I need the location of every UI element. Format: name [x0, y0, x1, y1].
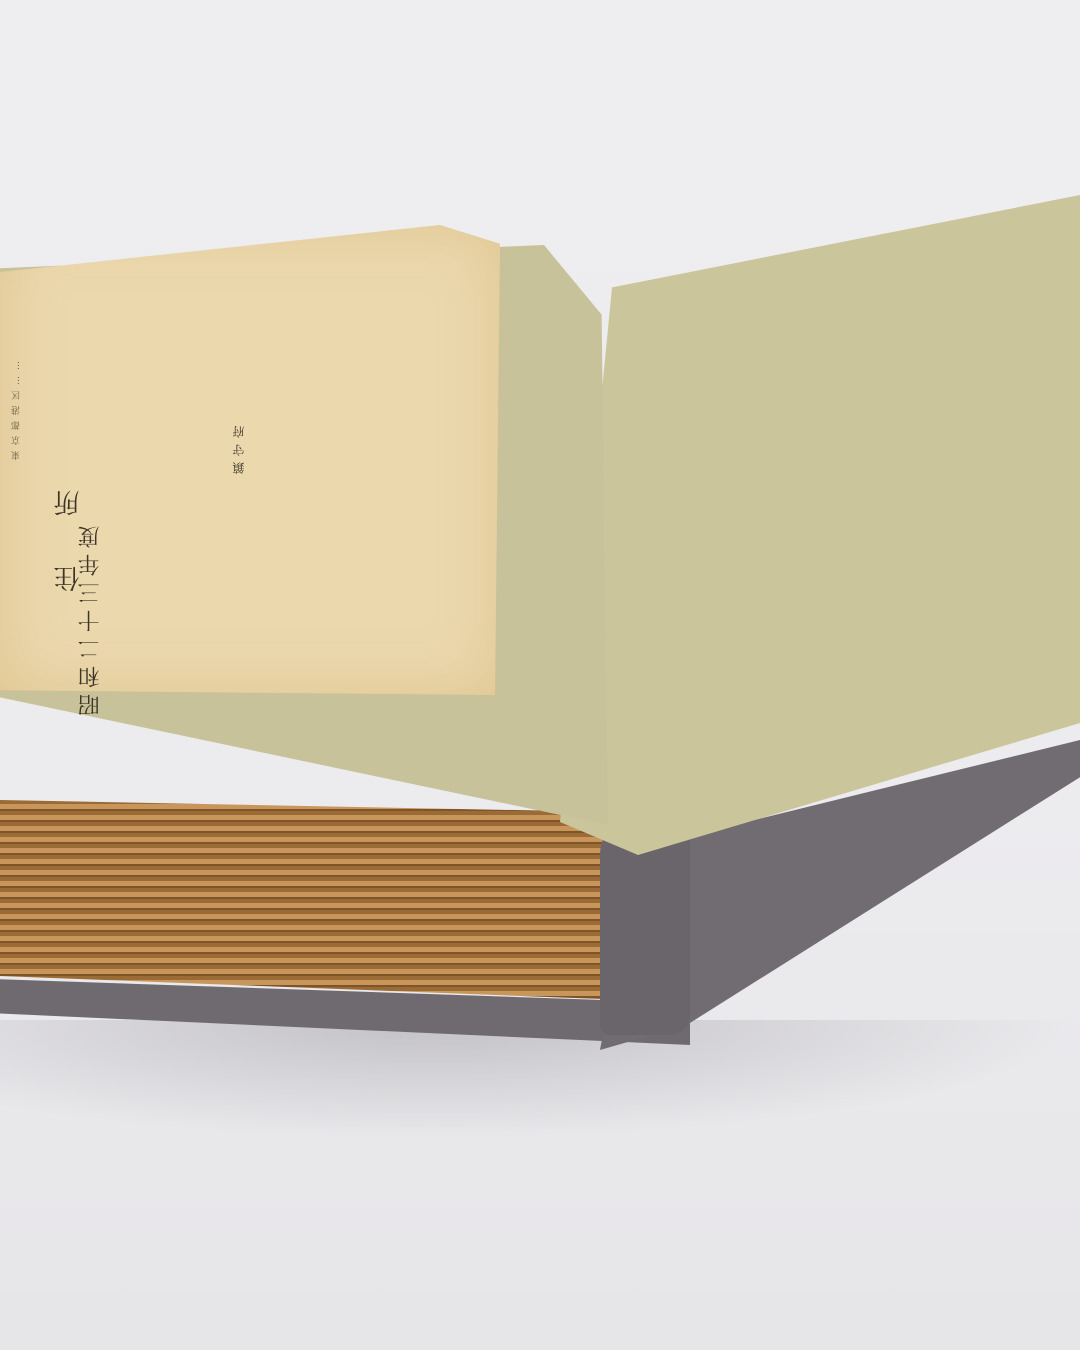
- leaf-heading: 住所: [50, 440, 87, 592]
- page-block-edges: [0, 800, 640, 1000]
- photo-scene: 昭和二十三年度 住所 鎮守府 東京都港区……: [0, 0, 1080, 1350]
- leaf-subheading: 鎮守府: [230, 420, 247, 474]
- leaf-small-line: 東京都港区……: [10, 355, 23, 460]
- right-endpaper: [560, 195, 1080, 855]
